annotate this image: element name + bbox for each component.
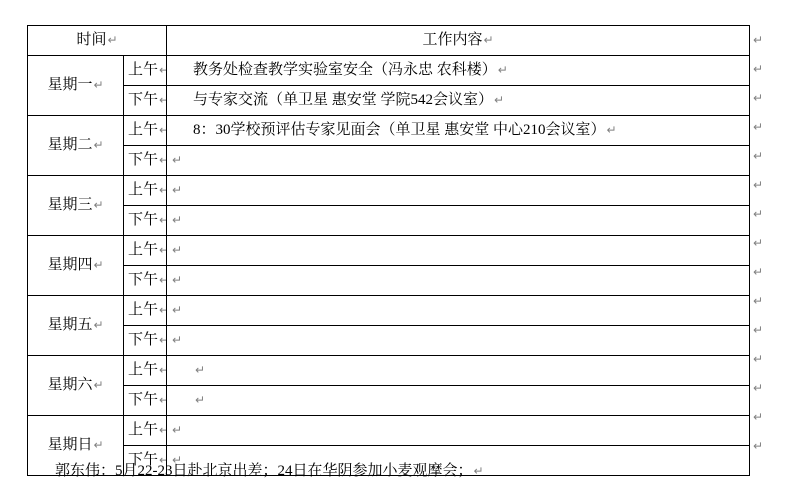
slot-cell-morning: 上午↵ <box>124 56 167 86</box>
paragraph-mark-icon: ↵ <box>752 120 763 134</box>
paragraph-mark-icon: ↵ <box>752 352 763 366</box>
paragraph-mark-icon: ↵ <box>752 410 763 424</box>
paragraph-mark-icon: ↵ <box>752 381 763 395</box>
row-end-mark: ↵ <box>752 141 772 170</box>
paragraph-mark-icon: ↵ <box>158 333 167 347</box>
content-cell-tuesday-morning: 8：30学校预评估专家见面会（单卫星 惠安堂 中心210会议室）↵ <box>167 116 750 146</box>
row-end-mark: ↵ <box>752 25 772 54</box>
slot-cell-morning: 上午↵ <box>124 296 167 326</box>
row-end-mark: ↵ <box>752 402 772 431</box>
row-end-mark: ↵ <box>752 257 772 286</box>
paragraph-mark-icon: ↵ <box>752 33 763 47</box>
paragraph-mark-icon: ↵ <box>106 33 117 47</box>
paragraph-mark-icon: ↵ <box>92 318 103 332</box>
table-row: 星期六↵ 上午↵ ↵ <box>28 356 750 386</box>
content-cell-thursday-morning: ↵ <box>167 236 750 266</box>
row-end-mark: ↵ <box>752 228 772 257</box>
content-cell-saturday-afternoon: ↵ <box>167 386 750 416</box>
table-row: 星期二↵ 上午↵ 8：30学校预评估专家见面会（单卫星 惠安堂 中心210会议室… <box>28 116 750 146</box>
row-end-mark: ↵ <box>752 112 772 141</box>
slot-label: 上午 <box>128 362 158 378</box>
paragraph-mark-icon: ↵ <box>194 363 205 377</box>
table-row: 下午↵ ↵ <box>28 266 750 296</box>
paragraph-mark-icon: ↵ <box>752 207 763 221</box>
slot-label: 上午 <box>128 122 158 138</box>
content-cell-wednesday-afternoon: ↵ <box>167 206 750 236</box>
table-row: 星期四↵ 上午↵ ↵ <box>28 236 750 266</box>
content-cell-friday-afternoon: ↵ <box>167 326 750 356</box>
slot-cell-afternoon: 下午↵ <box>124 146 167 176</box>
paragraph-mark-icon: ↵ <box>158 183 167 197</box>
row-end-mark: ↵ <box>752 83 772 112</box>
header-content-label: 工作内容 <box>422 32 482 48</box>
paragraph-mark-icon: ↵ <box>752 91 763 105</box>
document-page: { "pilcrow": "↵", "header": { "time_labe… <box>0 0 785 501</box>
slot-cell-afternoon: 下午↵ <box>124 266 167 296</box>
paragraph-mark-icon: ↵ <box>158 123 167 137</box>
day-label: 星期五 <box>47 317 92 333</box>
day-label: 星期三 <box>47 197 92 213</box>
paragraph-mark-icon: ↵ <box>92 258 103 272</box>
row-end-mark: ↵ <box>752 431 772 460</box>
schedule-table: 时间↵ 工作内容↵ 星期一↵ 上午↵ 教务处检查教学实验室安全（冯永忠 农科楼）… <box>27 25 750 476</box>
content-text: 8：30学校预评估专家见面会（单卫星 惠安堂 中心210会议室） <box>193 122 606 138</box>
content-cell-monday-afternoon: 与专家交流（单卫星 惠安堂 学院542会议室）↵ <box>167 86 750 116</box>
row-end-mark: ↵ <box>752 199 772 228</box>
paragraph-mark-icon: ↵ <box>752 62 763 76</box>
paragraph-mark-icon: ↵ <box>171 303 182 317</box>
row-end-mark: ↵ <box>752 344 772 373</box>
slot-label: 上午 <box>128 242 158 258</box>
slot-cell-morning: 上午↵ <box>124 116 167 146</box>
table-row: 星期一↵ 上午↵ 教务处检查教学实验室安全（冯永忠 农科楼）↵ <box>28 56 750 86</box>
row-end-mark: ↵ <box>752 315 772 344</box>
paragraph-mark-icon: ↵ <box>473 464 484 478</box>
table-row: 星期日↵ 上午↵ ↵ <box>28 416 750 446</box>
content-cell-saturday-morning: ↵ <box>167 356 750 386</box>
table-row: 下午↵ ↵ <box>28 146 750 176</box>
footer-note: 郭东伟：5月22-23日赴北京出差；24日在华阴参加小麦观摩会；↵ <box>55 461 484 481</box>
header-content-cell: 工作内容↵ <box>167 26 750 56</box>
paragraph-mark-icon: ↵ <box>92 438 103 452</box>
paragraph-mark-icon: ↵ <box>752 236 763 250</box>
day-label: 星期一 <box>47 77 92 93</box>
slot-label: 下午 <box>128 332 158 348</box>
paragraph-mark-icon: ↵ <box>752 149 763 163</box>
paragraph-mark-icon: ↵ <box>92 138 103 152</box>
row-end-marks: ↵ ↵ ↵ ↵ ↵ ↵ ↵ ↵ ↵ ↵ ↵ ↵ ↵ ↵ ↵ <box>752 25 772 460</box>
paragraph-mark-icon: ↵ <box>158 273 167 287</box>
paragraph-mark-icon: ↵ <box>171 423 182 437</box>
paragraph-mark-icon: ↵ <box>158 243 167 257</box>
paragraph-mark-icon: ↵ <box>158 303 167 317</box>
slot-label: 下午 <box>128 212 158 228</box>
paragraph-mark-icon: ↵ <box>752 178 763 192</box>
paragraph-mark-icon: ↵ <box>497 63 508 77</box>
paragraph-mark-icon: ↵ <box>158 363 167 377</box>
slot-label: 上午 <box>128 422 158 438</box>
content-cell-tuesday-afternoon: ↵ <box>167 146 750 176</box>
day-cell-saturday: 星期六↵ <box>28 356 124 416</box>
day-label: 星期日 <box>47 437 92 453</box>
day-cell-friday: 星期五↵ <box>28 296 124 356</box>
slot-cell-morning: 上午↵ <box>124 176 167 206</box>
row-end-mark: ↵ <box>752 170 772 199</box>
paragraph-mark-icon: ↵ <box>171 153 182 167</box>
slot-label: 下午 <box>128 92 158 108</box>
content-cell-thursday-afternoon: ↵ <box>167 266 750 296</box>
paragraph-mark-icon: ↵ <box>482 33 493 47</box>
table-header-row: 时间↵ 工作内容↵ <box>28 26 750 56</box>
paragraph-mark-icon: ↵ <box>194 393 205 407</box>
slot-cell-afternoon: 下午↵ <box>124 206 167 236</box>
slot-cell-morning: 上午↵ <box>124 356 167 386</box>
table-row: 星期五↵ 上午↵ ↵ <box>28 296 750 326</box>
paragraph-mark-icon: ↵ <box>92 198 103 212</box>
row-end-mark: ↵ <box>752 54 772 83</box>
content-text: 与专家交流（单卫星 惠安堂 学院542会议室） <box>193 92 493 108</box>
table-row: 星期三↵ 上午↵ ↵ <box>28 176 750 206</box>
row-end-mark: ↵ <box>752 286 772 315</box>
paragraph-mark-icon: ↵ <box>752 323 763 337</box>
paragraph-mark-icon: ↵ <box>171 243 182 257</box>
slot-cell-morning: 上午↵ <box>124 236 167 266</box>
day-cell-monday: 星期一↵ <box>28 56 124 116</box>
content-cell-friday-morning: ↵ <box>167 296 750 326</box>
slot-cell-afternoon: 下午↵ <box>124 386 167 416</box>
table-row: 下午↵ ↵ <box>28 206 750 236</box>
table-row: 下午↵ 与专家交流（单卫星 惠安堂 学院542会议室）↵ <box>28 86 750 116</box>
slot-label: 下午 <box>128 152 158 168</box>
slot-label: 上午 <box>128 182 158 198</box>
slot-label: 下午 <box>128 272 158 288</box>
paragraph-mark-icon: ↵ <box>158 213 167 227</box>
header-time-label: 时间 <box>76 32 106 48</box>
paragraph-mark-icon: ↵ <box>171 333 182 347</box>
schedule-table-wrap: 时间↵ 工作内容↵ 星期一↵ 上午↵ 教务处检查教学实验室安全（冯永忠 农科楼）… <box>27 25 750 476</box>
content-cell-sunday-morning: ↵ <box>167 416 750 446</box>
paragraph-mark-icon: ↵ <box>92 378 103 392</box>
day-label: 星期六 <box>47 377 92 393</box>
paragraph-mark-icon: ↵ <box>92 78 103 92</box>
table-row: 下午↵ ↵ <box>28 326 750 356</box>
slot-label: 上午 <box>128 302 158 318</box>
slot-label: 上午 <box>128 62 158 78</box>
paragraph-mark-icon: ↵ <box>158 153 167 167</box>
day-label: 星期二 <box>47 137 92 153</box>
header-time-cell: 时间↵ <box>28 26 167 56</box>
paragraph-mark-icon: ↵ <box>158 423 167 437</box>
paragraph-mark-icon: ↵ <box>606 123 617 137</box>
content-cell-monday-morning: 教务处检查教学实验室安全（冯永忠 农科楼）↵ <box>167 56 750 86</box>
paragraph-mark-icon: ↵ <box>171 273 182 287</box>
content-text: 教务处检查教学实验室安全（冯永忠 农科楼） <box>193 62 497 78</box>
content-cell-wednesday-morning: ↵ <box>167 176 750 206</box>
slot-cell-morning: 上午↵ <box>124 416 167 446</box>
paragraph-mark-icon: ↵ <box>752 265 763 279</box>
day-cell-tuesday: 星期二↵ <box>28 116 124 176</box>
paragraph-mark-icon: ↵ <box>171 183 182 197</box>
slot-cell-afternoon: 下午↵ <box>124 326 167 356</box>
row-end-mark: ↵ <box>752 373 772 402</box>
paragraph-mark-icon: ↵ <box>158 393 167 407</box>
day-cell-thursday: 星期四↵ <box>28 236 124 296</box>
slot-cell-afternoon: 下午↵ <box>124 86 167 116</box>
paragraph-mark-icon: ↵ <box>752 294 763 308</box>
slot-label: 下午 <box>128 392 158 408</box>
paragraph-mark-icon: ↵ <box>752 439 763 453</box>
day-cell-wednesday: 星期三↵ <box>28 176 124 236</box>
paragraph-mark-icon: ↵ <box>158 63 167 77</box>
paragraph-mark-icon: ↵ <box>171 213 182 227</box>
paragraph-mark-icon: ↵ <box>158 93 167 107</box>
paragraph-mark-icon: ↵ <box>493 93 504 107</box>
day-label: 星期四 <box>47 257 92 273</box>
table-row: 下午↵ ↵ <box>28 386 750 416</box>
footer-note-text: 郭东伟：5月22-23日赴北京出差；24日在华阴参加小麦观摩会； <box>55 463 473 479</box>
